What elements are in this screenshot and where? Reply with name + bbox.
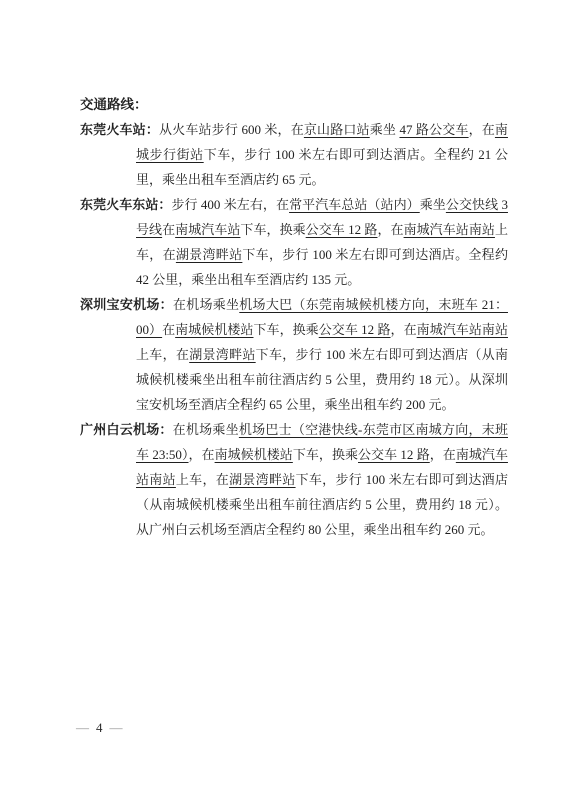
route-section-shenzhen-baoan-airport: 深圳宝安机场：在机场乘坐机场大巴（东莞南城候机楼方向，末班车 21：00）在南城… (80, 292, 508, 417)
route-description: 在机场乘坐机场巴士（空港快线-东莞市区南城方向，末班车 23:50），在南城候机… (136, 422, 508, 537)
route-label: 广州白云机场： (80, 422, 173, 437)
route-description: 从火车站步行 600 米，在京山路口站乘坐 47 路公交车，在南城步行街站下车，… (136, 122, 508, 187)
page-number-right-dash: — (110, 720, 123, 735)
route-section-dongguan-east-railway-station: 东莞火车东站：步行 400 米左右，在常平汽车总站（站内）乘坐公交快线 3 号线… (80, 192, 508, 292)
route-section-dongguan-railway-station: 东莞火车站：从火车站步行 600 米，在京山路口站乘坐 47 路公交车，在南城步… (80, 117, 508, 192)
document-body: 交通路线： 东莞火车站：从火车站步行 600 米，在京山路口站乘坐 47 路公交… (80, 92, 508, 542)
route-label: 东莞火车站： (80, 122, 159, 137)
page-title: 交通路线： (80, 92, 508, 117)
document-page: 交通路线： 东莞火车站：从火车站步行 600 米，在京山路口站乘坐 47 路公交… (0, 0, 570, 800)
page-number: —4— (76, 715, 123, 740)
route-label: 东莞火车东站： (80, 197, 171, 212)
page-number-left-dash: — (76, 720, 89, 735)
page-number-value: 4 (89, 720, 110, 735)
route-description: 在机场乘坐机场大巴（东莞南城候机楼方向，末班车 21：00）在南城候机楼站下车，… (136, 297, 508, 412)
route-label: 深圳宝安机场： (80, 297, 173, 312)
route-description: 步行 400 米左右，在常平汽车总站（站内）乘坐公交快线 3 号线在南城汽车站下… (136, 197, 508, 287)
route-section-guangzhou-baiyun-airport: 广州白云机场：在机场乘坐机场巴士（空港快线-东莞市区南城方向，末班车 23:50… (80, 417, 508, 542)
